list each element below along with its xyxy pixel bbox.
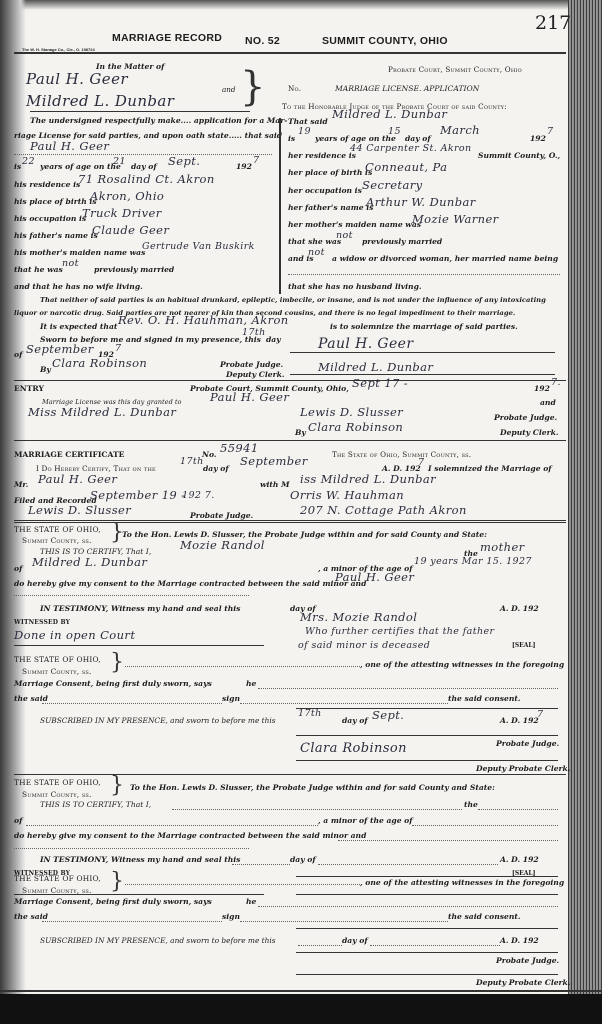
rule: [125, 666, 360, 667]
label: 192: [236, 162, 252, 171]
label: the: [464, 800, 478, 809]
rule: [478, 809, 558, 810]
label: No.: [288, 84, 301, 93]
bride-residence: 44 Carpenter St. Akron: [350, 143, 472, 154]
label: THIS IS TO CERTIFY, That I,: [40, 800, 151, 809]
label: day of: [131, 162, 157, 171]
label: a widow or divorced woman, her married n…: [332, 254, 558, 263]
brace: }: [110, 869, 124, 894]
section-rule: [14, 520, 566, 523]
label: previously married: [362, 237, 442, 246]
label: IN TESTIMONY, Witness my hand and seal t…: [40, 604, 240, 613]
officiant-name: Rev. O. H. Hauhman, Akron: [118, 313, 289, 327]
state-label: THE STATE OF OHIO,: [14, 778, 101, 787]
label: That said: [288, 117, 328, 126]
page-bottom-shadow: [0, 994, 602, 1024]
certificate-number: 55941: [220, 441, 259, 455]
brace: }: [240, 64, 265, 110]
label: A. D. 192: [500, 855, 539, 864]
consent-signature: Mrs. Mozie Randol: [300, 610, 417, 624]
section-rule: [14, 380, 566, 381]
label: and: [540, 398, 556, 407]
bride-birth-day: 15: [388, 126, 401, 137]
clause-1: That neither of said parties is an habit…: [40, 296, 546, 304]
record-number: NO. 52: [245, 35, 280, 47]
rule: [290, 352, 555, 353]
county-label: Summit County, ss.: [22, 886, 92, 895]
column-divider: [279, 118, 281, 294]
label: A. D. 192: [500, 604, 539, 613]
label: sign: [222, 912, 240, 921]
page-number: 217: [535, 12, 571, 34]
label: Deputy Clerk.: [500, 428, 558, 437]
label: , a minor of the age of: [318, 816, 413, 825]
certificate-day: 17th: [180, 456, 204, 467]
label: his occupation is: [14, 214, 86, 223]
label: day of: [290, 855, 316, 864]
groom-birthplace: Akron, Ohio: [90, 189, 164, 203]
label: do hereby give my consent to the Marriag…: [14, 831, 366, 840]
label: Deputy Probate Clerk.: [476, 764, 570, 773]
label: that she has no husband living.: [288, 282, 422, 291]
label: her residence is: [288, 151, 356, 160]
rule: [14, 595, 249, 596]
filed-year: 192 7.: [182, 490, 215, 501]
label: his residence is: [14, 180, 80, 189]
entry-heading: ENTRY: [14, 384, 44, 393]
certificate-year: 7: [418, 457, 424, 468]
label: Probate Judge.: [190, 511, 253, 520]
groom-previously-married: not: [62, 258, 79, 269]
label: is: [288, 134, 295, 143]
section-rule: [14, 774, 566, 775]
sworn-month: September: [26, 342, 94, 356]
certificate-heading: MARRIAGE CERTIFICATE: [14, 450, 124, 459]
affidavit-clerk-signature: Clara Robinson: [300, 741, 407, 756]
bride-age: 19: [298, 126, 311, 137]
groom-father: Claude Geer: [92, 223, 169, 237]
bride-previously-married: not: [336, 230, 353, 241]
bride-mother: Mozie Warner: [412, 212, 499, 226]
label: Summit County, O.,: [478, 151, 560, 160]
certificate-groom: Paul H. Geer: [38, 472, 117, 486]
rule: [296, 894, 558, 895]
rule: [370, 945, 500, 946]
bride-birthplace: Conneaut, Pa: [365, 160, 447, 174]
label: By: [295, 428, 306, 437]
page-edges: [568, 0, 602, 1024]
entry-year: 7.: [551, 377, 561, 388]
bride-name: Mildred L. Dunbar: [26, 92, 174, 110]
label: that he was: [14, 265, 63, 274]
label: he: [246, 897, 256, 906]
brace: }: [110, 650, 124, 675]
label: Deputy Probate Clerk.: [476, 978, 570, 987]
county-label: Summit County, ss.: [22, 536, 92, 545]
entry-groom: Paul H. Geer: [210, 390, 289, 404]
groom-mother: Gertrude Van Buskirk: [142, 241, 255, 252]
filed-date: September 19 -: [90, 488, 185, 502]
label: Mr.: [14, 480, 28, 489]
rule: [298, 945, 342, 946]
label: he: [246, 679, 256, 688]
rule: [290, 374, 555, 375]
label: A. D. 192: [500, 716, 539, 725]
rule: [14, 848, 249, 849]
entry-judge-signature: Lewis D. Slusser: [300, 405, 403, 419]
section-rule: [14, 440, 566, 441]
bride-birth-month: March: [440, 123, 480, 137]
label: his mother's maiden name was: [14, 248, 145, 257]
label: SUBSCRIBED IN MY PRESENCE, and sworn to …: [40, 716, 276, 725]
clerk-signature: Clara Robinson: [52, 356, 147, 370]
consenting-party: Mozie Randol: [180, 538, 265, 552]
state-label: THE STATE OF OHIO,: [14, 874, 101, 883]
label: , one of the attesting witnesses in the …: [360, 660, 564, 669]
rule: [42, 703, 222, 704]
bride-widow-status: not: [308, 247, 325, 258]
officiant-signature: Orris W. Hauhman: [290, 488, 404, 502]
label: Probate Judge.: [220, 360, 283, 369]
bride-father: Arthur W. Dunbar: [366, 195, 476, 209]
section-rule: [0, 990, 602, 992]
state-label: THE STATE OF OHIO,: [14, 655, 101, 664]
label: 192: [530, 134, 546, 143]
certificate-bride: iss Mildred L. Dunbar: [300, 472, 436, 486]
witness-name: Done in open Court: [14, 628, 135, 642]
bride-signature: Mildred L. Dunbar: [318, 360, 433, 374]
bride-name-field: Mildred L. Dunbar: [332, 107, 447, 121]
label: day: [266, 335, 281, 344]
label: Probate Judge.: [496, 739, 559, 748]
label: day of: [342, 716, 368, 725]
page-top-shadow: [0, 0, 602, 10]
label: It is expected that: [40, 322, 117, 331]
certificate-judge-signature: Lewis D. Slusser: [28, 503, 131, 517]
label: Probate Judge.: [496, 956, 559, 965]
label: Deputy Clerk.: [226, 370, 284, 379]
label: the said: [14, 912, 48, 921]
label: IN TESTIMONY, Witness my hand and seal t…: [40, 855, 240, 864]
consent-spouse: Paul H. Geer: [335, 570, 414, 584]
label: Probate Judge.: [494, 413, 557, 422]
seal-label: [SEAL]: [512, 642, 535, 649]
label: No.: [202, 450, 217, 459]
label: years of age on the: [40, 162, 121, 171]
groom-occupation: Truck Driver: [82, 206, 162, 220]
affidavit-day: 17th: [298, 708, 322, 719]
and-label: and: [222, 85, 236, 94]
label: The State of Ohio, Summit County, ss.: [332, 450, 471, 459]
minor-age: 19 years Mar 15. 1927: [414, 556, 532, 567]
label: the said: [14, 694, 48, 703]
entry-date: Sept 17 -: [352, 376, 408, 390]
rule: [240, 703, 448, 704]
intro-text-1: The undersigned respectfully make.... ap…: [30, 116, 287, 125]
label: day of: [342, 936, 368, 945]
rule: [125, 884, 360, 885]
consent-note-2: of said minor is deceased: [298, 640, 430, 651]
bride-birth-year: 7: [547, 126, 553, 137]
groom-birth-month: Sept.: [168, 154, 200, 168]
record-title: MARRIAGE RECORD: [112, 32, 222, 44]
label: , one of the attesting witnesses in the …: [360, 878, 564, 887]
brace: }: [110, 773, 124, 798]
officiant-address: 207 N. Cottage Path Akron: [300, 503, 467, 517]
groom-name-field: Paul H. Geer: [30, 139, 109, 153]
label: her father's name is: [288, 203, 373, 212]
consent-relation: mother: [480, 540, 525, 554]
label: sign: [222, 694, 240, 703]
rule: [26, 825, 318, 826]
county-heading: SUMMIT COUNTY, OHIO: [322, 35, 448, 47]
label: of: [14, 350, 22, 359]
label: 192: [534, 384, 550, 393]
groom-signature: Paul H. Geer: [318, 336, 413, 352]
rule: [42, 921, 222, 922]
label: previously married: [94, 265, 174, 274]
groom-birth-year: 7: [253, 155, 259, 166]
rule: [30, 111, 250, 112]
label: day of: [203, 464, 229, 473]
court-heading: Probate Court, Summit County, Ohio: [388, 65, 522, 74]
label: Marriage Consent, being first duly sworn…: [14, 897, 212, 906]
rule: [296, 735, 558, 736]
label: is: [14, 162, 21, 171]
entry-clerk-signature: Clara Robinson: [308, 420, 403, 434]
rule: [232, 864, 290, 865]
label: his place of birth is: [14, 197, 97, 206]
sworn-day: 17th: [242, 327, 266, 338]
groom-age: 22: [22, 156, 35, 167]
affidavit-month: Sept.: [372, 708, 404, 722]
label: do hereby give my consent to the Marriag…: [14, 579, 366, 588]
label: To the Hon. Lewis D. Slusser, the Probat…: [122, 530, 487, 539]
minor-name: Mildred L. Dunbar: [32, 555, 147, 569]
label: A. D. 192: [500, 936, 539, 945]
rule: [296, 708, 558, 709]
label: To the Hon. Lewis D. Slusser, the Probat…: [130, 783, 495, 792]
rule: [296, 952, 558, 953]
consent-note-1: Who further certifies that the father: [305, 626, 494, 637]
rule: [288, 274, 560, 275]
header-rule: [14, 52, 566, 54]
rule: [412, 825, 558, 826]
label: the said consent.: [448, 694, 521, 703]
label: SUBSCRIBED IN MY PRESENCE, and sworn to …: [40, 936, 276, 945]
label: and that he has no wife living.: [14, 282, 143, 291]
record-page: 217 MARRIAGE RECORD NO. 52 SUMMIT COUNTY…: [0, 0, 602, 1024]
affidavit-year: 7: [537, 709, 543, 720]
label: is to solemnize the marriage of said par…: [330, 322, 518, 331]
label: of: [14, 564, 22, 573]
label: that she was: [288, 237, 341, 246]
label: her mother's maiden name was: [288, 220, 421, 229]
groom-birth-day: 21: [113, 156, 126, 167]
state-label: THE STATE OF OHIO,: [14, 525, 101, 534]
certificate-month: September: [240, 454, 308, 468]
sworn-year: 7: [115, 343, 121, 354]
label: Marriage Consent, being first duly sworn…: [14, 679, 212, 688]
county-label: Summit County, ss.: [22, 667, 92, 676]
label: the said consent.: [448, 912, 521, 921]
label: WITNESSED BY: [14, 619, 70, 626]
bride-occupation: Secretary: [362, 178, 423, 192]
label: her place of birth is: [288, 168, 372, 177]
rule: [338, 840, 558, 841]
rule: [296, 928, 558, 929]
label: with M: [260, 480, 290, 489]
groom-name: Paul H. Geer: [26, 70, 128, 88]
rule: [318, 864, 498, 865]
rule: [240, 921, 448, 922]
label: day of: [405, 134, 431, 143]
label: of: [14, 816, 22, 825]
groom-residence: 71 Rosalind Ct. Akron: [78, 172, 215, 186]
form-title: MARRIAGE LICENSE. APPLICATION: [335, 84, 479, 93]
rule: [296, 760, 558, 761]
label: her occupation is: [288, 186, 362, 195]
rule: [296, 974, 558, 975]
label: years of age on the: [315, 134, 396, 143]
seal-label: [SEAL]: [512, 870, 535, 877]
label: his father's name is: [14, 231, 98, 240]
entry-bride: Miss Mildred L. Dunbar: [28, 405, 176, 419]
label: I solemnized the Marriage of: [428, 464, 552, 473]
rule: [258, 688, 558, 689]
rule: [14, 154, 272, 155]
rule: [14, 645, 264, 646]
rule: [172, 809, 462, 810]
county-label: Summit County, ss.: [22, 790, 92, 799]
rule: [258, 906, 558, 907]
label: By: [40, 365, 51, 374]
